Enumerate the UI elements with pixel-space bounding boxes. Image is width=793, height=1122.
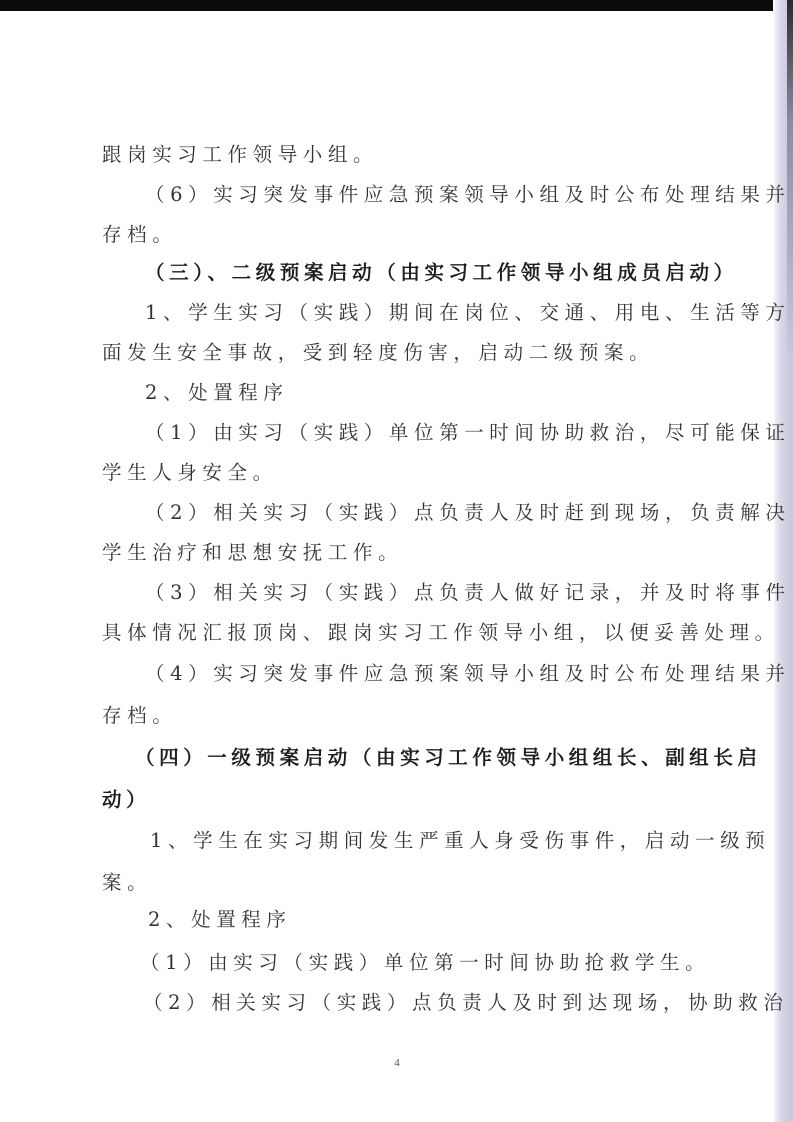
section-heading-continuation: 动） (102, 787, 698, 813)
text-line: （4）实习突发事件应急预案领导小组及时公布处理结果并 (145, 661, 698, 687)
text-line: 2、处置程序 (148, 907, 701, 933)
text-line: 具体情况汇报顶岗、跟岗实习工作领导小组，以便妥善处理。 (102, 620, 698, 646)
section-heading: （四）一级预案启动（由实习工作领导小组组长、副组长启 (135, 745, 698, 771)
text-line: 存档。 (102, 222, 698, 248)
text-line: 1、学生实习（实践）期间在岗位、交通、用电、生活等方 (145, 300, 698, 326)
text-line: 1、学生在实习期间发生严重人身受伤事件，启动一级预 (150, 828, 698, 854)
text-line: 2、处置程序 (145, 380, 698, 406)
page-number: 4 (390, 1057, 404, 1069)
text-line: （3）相关实习（实践）点负责人做好记录，并及时将事件 (145, 580, 698, 606)
text-line: （2）相关实习（实践）点负责人及时到达现场，协助救治 (143, 990, 698, 1016)
text-line: （6）实习突发事件应急预案领导小组及时公布处理结果并 (145, 182, 698, 208)
section-heading: （三）、二级预案启动（由实习工作领导小组成员启动） (145, 260, 698, 286)
text-line: 面发生安全事故，受到轻度伤害，启动二级预案。 (102, 340, 698, 366)
text-line: （1）由实习（实践）单位第一时间协助救治，尽可能保证 (145, 420, 698, 446)
scan-top-edge (0, 0, 793, 11)
text-line: 学生治疗和思想安抚工作。 (102, 540, 698, 566)
text-line: 存档。 (102, 703, 698, 729)
text-line: （1）由实习（实践）单位第一时间协助抢救学生。 (140, 950, 698, 976)
text-line: （2）相关实习（实践）点负责人及时赶到现场，负责解决 (145, 500, 698, 526)
text-line: 学生人身安全。 (102, 460, 698, 486)
text-line: 案。 (102, 870, 698, 896)
text-line: 跟岗实习工作领导小组。 (102, 142, 698, 168)
